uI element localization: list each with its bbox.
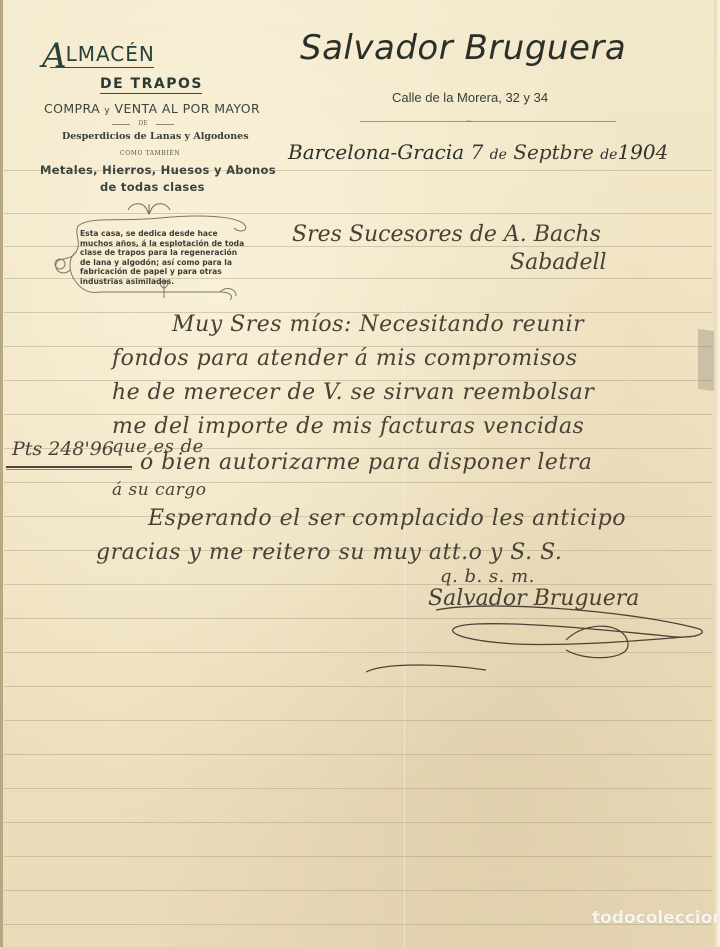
trade-line-y: y <box>104 106 110 116</box>
goods-line: Desperdicios de Lanas y Algodones <box>62 131 249 142</box>
addressee-line-2: Sabadell <box>510 250 607 275</box>
trade-line-a: COMPRA <box>44 101 100 116</box>
body-line: fondos para atender á mis compromisos <box>112 346 578 371</box>
paper-edge-left <box>0 0 3 947</box>
letterhead-title: ALMACÉN <box>42 36 155 76</box>
trade-line: COMPRA y VENTA AL POR MAYOR <box>44 101 260 116</box>
separator-de: DE <box>112 120 174 130</box>
title-rest: LMACÉN <box>66 42 155 66</box>
letter-page: ALMACÉN DE TRAPOS COMPRA y VENTA AL POR … <box>0 0 720 947</box>
margin-amount: Pts 248'96 <box>12 438 114 460</box>
company-name: Salvador Bruguera <box>300 28 626 68</box>
amount-underline <box>6 466 132 468</box>
paper-edge-right <box>714 0 720 947</box>
date-line: Barcelona-Gracia 7 de Septbre de1904 <box>288 140 668 164</box>
also-line: COMO TAMBIÉN <box>120 150 180 157</box>
date-de-1: de <box>490 147 507 163</box>
company-description: Esta casa, se dedica desde hace muchos a… <box>80 229 248 287</box>
date-day: 7 <box>471 140 484 164</box>
materials-line: Metales, Hierros, Huesos y Abonos <box>40 163 276 177</box>
date-place: Barcelona-Gracia <box>288 140 464 164</box>
date-month: Septbre <box>513 140 594 164</box>
closing-line: q. b. s. m. <box>440 566 535 587</box>
subtitle-underline <box>100 93 202 94</box>
date-year-digit: 4 <box>656 140 669 164</box>
company-address: Calle de la Morera, 32 y 34 <box>392 90 548 105</box>
date-year-prefix: 190 <box>617 140 655 164</box>
body-line: ó bien autorizarme para disponer letra <box>140 450 592 475</box>
signature-flourish-icon <box>366 600 716 680</box>
addressee-line-1: Sres Sucesores de A. Bachs <box>292 222 601 247</box>
title-underline <box>50 67 154 68</box>
amount-underline-2 <box>6 469 132 470</box>
materials-line-2: de todas clases <box>100 180 205 194</box>
body-line: Esperando el ser complacido les anticipo <box>148 506 626 531</box>
title-initial: A <box>42 36 68 76</box>
watermark-logo: todocoleccion <box>592 908 720 928</box>
date-de-2: de <box>600 147 617 163</box>
address-rule <box>360 121 616 122</box>
body-line: Muy Sres míos: Necesitando reunir <box>172 312 584 337</box>
body-line: he de merecer de V. se sirvan reembolsar <box>112 380 594 405</box>
body-line: gracias y me reitero su muy att.o y S. S… <box>96 540 562 565</box>
trade-line-b: VENTA AL POR MAYOR <box>115 101 261 116</box>
rule-ornament-icon: ⁓ <box>466 118 482 124</box>
paper-crease <box>698 329 714 391</box>
letterhead-subtitle: DE TRAPOS <box>100 76 203 92</box>
body-line: á su cargo <box>112 480 207 500</box>
